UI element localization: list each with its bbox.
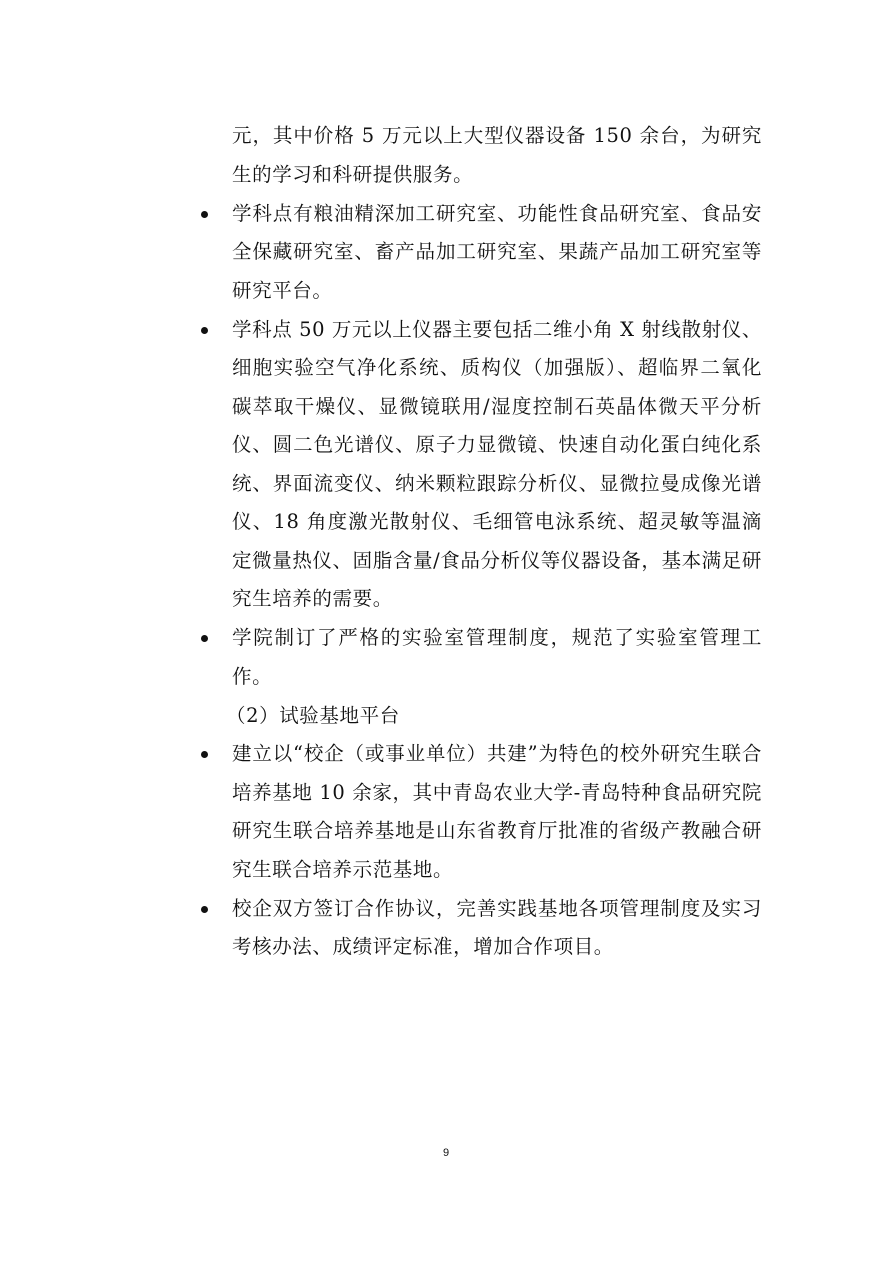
bullet-text: 校企双方签订合作协议，完善实践基地各项管理制度及实习考核办法、成绩评定标准，增加… — [232, 897, 762, 959]
bullet-item-research-labs: 学科点有粮油精深加工研究室、功能性食品研究室、食品安全保藏研究室、畜产品加工研究… — [232, 195, 762, 311]
bullet-item-cooperation-agreement: 校企双方签订合作协议，完善实践基地各项管理制度及实习考核办法、成绩评定标准，增加… — [232, 890, 762, 967]
paragraph-continuation: 元，其中价格 5 万元以上大型仪器设备 150 余台，为研究生的学习和科研提供服… — [232, 117, 762, 194]
bullet-icon — [201, 906, 208, 913]
bullet-icon — [201, 211, 208, 218]
bullet-text: 建立以“校企（或事业单位）共建”为特色的校外研究生联合培养基地 10 余家，其中… — [232, 742, 762, 881]
bullet-item-joint-bases: 建立以“校企（或事业单位）共建”为特色的校外研究生联合培养基地 10 余家，其中… — [232, 735, 762, 889]
bullet-item-instruments: 学科点 50 万元以上仪器主要包括二维小角 X 射线散射仪、细胞实验空气净化系统… — [232, 311, 762, 619]
bullet-text: 学院制订了严格的实验室管理制度，规范了实验室管理工作。 — [232, 626, 762, 688]
bullet-text: 学科点有粮油精深加工研究室、功能性食品研究室、食品安全保藏研究室、畜产品加工研究… — [232, 202, 762, 302]
document-page: 元，其中价格 5 万元以上大型仪器设备 150 余台，为研究生的学习和科研提供服… — [0, 0, 892, 1261]
page-number: 9 — [0, 1147, 892, 1159]
section-subheading: （2）试验基地平台 — [226, 697, 762, 736]
bullet-icon — [201, 327, 208, 334]
bullet-icon — [201, 635, 208, 642]
bullet-item-lab-management: 学院制订了严格的实验室管理制度，规范了实验室管理工作。 — [232, 619, 762, 696]
bullet-text: 学科点 50 万元以上仪器主要包括二维小角 X 射线散射仪、细胞实验空气净化系统… — [232, 318, 762, 611]
bullet-icon — [201, 751, 208, 758]
page-content: 元，其中价格 5 万元以上大型仪器设备 150 余台，为研究生的学习和科研提供服… — [232, 117, 762, 967]
